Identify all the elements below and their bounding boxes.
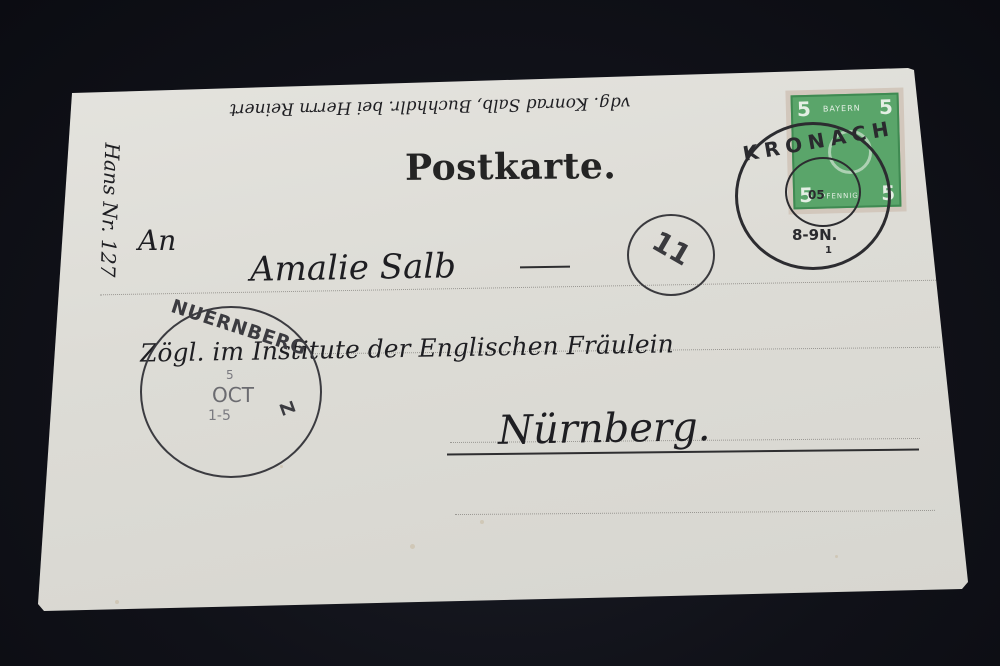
kronach-postmark-time: 8-9N. <box>792 226 837 244</box>
stain-speck <box>115 600 119 604</box>
postcard: vdg. Konrad Salb, Buchhdlr. bei Herrn Re… <box>0 0 1000 666</box>
stain-speck <box>410 544 415 549</box>
name-underline-stroke <box>520 266 570 269</box>
postkarte-title: Postkarte. <box>405 145 617 189</box>
stain-speck <box>480 520 484 524</box>
address-line-1 <box>100 280 940 296</box>
nuernberg-postmark-date: 5 <box>226 368 234 382</box>
stamp-value-top-left: 5 <box>797 97 812 121</box>
address-line-4 <box>455 510 935 515</box>
nuernberg-postmark-month: OCT <box>212 383 254 407</box>
upside-down-sender-note: vdg. Konrad Salb, Buchhdlr. bei Herrn Re… <box>90 90 770 122</box>
stamp-country: BAYERN <box>823 104 861 114</box>
kronach-postmark-suffix: 1 <box>825 245 832 256</box>
salutation: An <box>138 224 176 257</box>
side-note: Hans Nr. 127 <box>94 100 126 321</box>
kronach-postmark-date: 05 <box>808 188 825 202</box>
recipient-city: Nürnberg. <box>498 404 711 454</box>
stain-speck <box>280 465 283 468</box>
nuernberg-postmark-time: 1-5 <box>208 408 231 424</box>
recipient-name: Amalie Salb <box>250 246 457 290</box>
stain-speck <box>835 555 838 558</box>
